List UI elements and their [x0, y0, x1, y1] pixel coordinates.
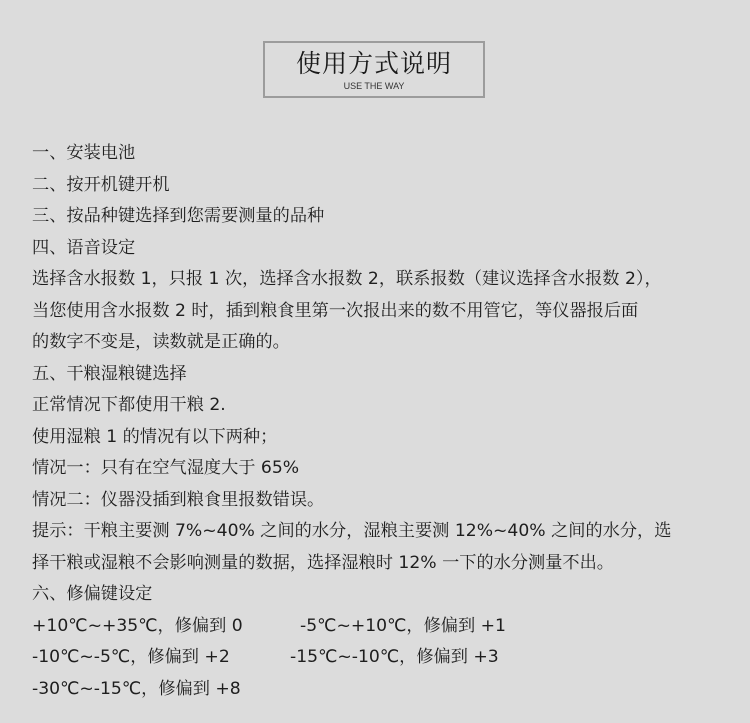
step-voice-settings: 四、语音设定 — [32, 233, 732, 265]
calibration-row: +10℃~+35℃，修偏到 0 -5℃~+10℃，修偏到 +1 — [32, 611, 732, 643]
step-calibration: 六、修偏键设定 — [32, 579, 732, 611]
dry-wet-case-one: 情况一：只有在空气湿度大于 65% — [32, 453, 732, 485]
page-title: 使用方式说明 — [265, 49, 483, 79]
voice-paragraph-line: 选择含水报数 1，只报 1 次，选择含水报数 2，联系报数（建议选择含水报数 2… — [32, 264, 732, 296]
calibration-row: -30℃~-15℃，修偏到 +8 — [32, 674, 732, 706]
dry-wet-line: 使用湿粮 1 的情况有以下两种； — [32, 422, 732, 454]
voice-paragraph-line: 当您使用含水报数 2 时，插到粮食里第一次报出来的数不用管它，等仪器报后面 — [32, 296, 732, 328]
voice-paragraph-line: 的数字不变是，读数就是正确的。 — [32, 327, 732, 359]
title-box: 使用方式说明 USE THE WAY — [263, 41, 485, 98]
tip-line: 提示：干粮主要测 7%~40% 之间的水分，湿粮主要测 12%~40% 之间的水… — [32, 516, 732, 548]
step-power-on: 二、按开机键开机 — [32, 170, 732, 202]
calibration-range: -10℃~-5℃，修偏到 +2 — [32, 642, 290, 674]
calibration-range: -15℃~-10℃，修偏到 +3 — [290, 642, 499, 674]
tip-line: 择干粮或湿粮不会影响测量的数据，选择湿粮时 12% 一下的水分测量不出。 — [32, 548, 732, 580]
page-subtitle: USE THE WAY — [265, 80, 483, 92]
calibration-range: -5℃~+10℃，修偏到 +1 — [290, 611, 506, 643]
step-select-variety: 三、按品种键选择到您需要测量的品种 — [32, 201, 732, 233]
dry-wet-line: 正常情况下都使用干粮 2. — [32, 390, 732, 422]
step-install-battery: 一、安装电池 — [32, 138, 732, 170]
calibration-range: -30℃~-15℃，修偏到 +8 — [32, 674, 290, 706]
step-dry-wet-grain: 五、干粮湿粮键选择 — [32, 359, 732, 391]
calibration-row: -10℃~-5℃，修偏到 +2 -15℃~-10℃，修偏到 +3 — [32, 642, 732, 674]
calibration-range: +10℃~+35℃，修偏到 0 — [32, 611, 290, 643]
instructions-body: 一、安装电池 二、按开机键开机 三、按品种键选择到您需要测量的品种 四、语音设定… — [32, 138, 732, 705]
dry-wet-case-two: 情况二：仪器没插到粮食里报数错误。 — [32, 485, 732, 517]
